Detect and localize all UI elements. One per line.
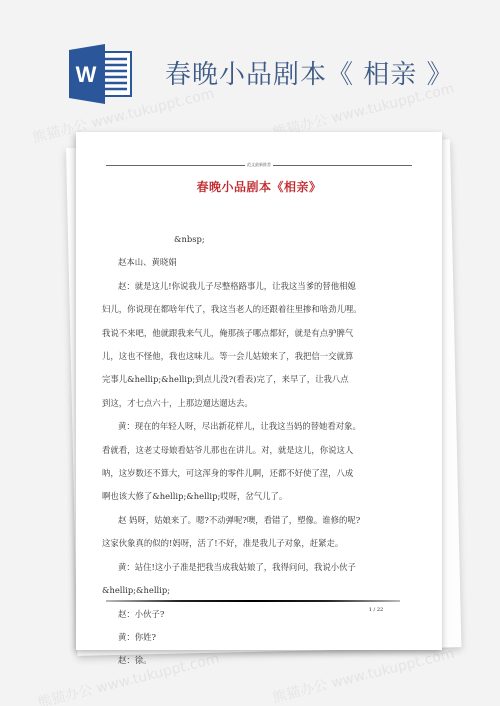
document-line: 这家伙象真的似的!妈呀，活了!不好，准是我儿子对象，赶紧走。: [102, 532, 420, 555]
document-line: &hellip;&hellip;: [102, 579, 420, 602]
header-title: 春晚小品剧本《 相亲 》: [165, 54, 454, 91]
header: W 春晚小品剧本《 相亲 》: [0, 0, 500, 130]
document-line: 赵：就是这儿!你说我儿子尽整格路事儿，让我这当爹的替他相媳: [102, 275, 420, 298]
document-line: 看就看，这老丈母娘看姑爷儿那也在讲儿。对，就是这儿，你说这人: [102, 439, 420, 462]
document-line: 赵：徐。: [102, 649, 420, 672]
document-line: &nbsp;: [102, 228, 420, 251]
document-line: 黄：你姓?: [102, 626, 420, 649]
document-line: 儿，这也不怪他，我也这味儿。等一会儿姑娘来了，我把信一交就算: [102, 345, 420, 368]
top-label: 范文最新推荐: [245, 162, 273, 168]
svg-text:W: W: [76, 62, 97, 87]
document-line: 到这，才七点六十，上那边遛达遛达去。: [102, 392, 420, 415]
document-line: 妇儿，你说现在都啥年代了，我这当老人的还跟着往里掺和啥劲儿哩。: [102, 298, 420, 321]
document-title: 春晚小品剧本《相亲》: [76, 178, 442, 195]
top-rule: 范文最新推荐: [106, 161, 412, 169]
document-body: &nbsp;赵本山、黄晓娟赵：就是这儿!你说我儿子尽整格路事儿，让我这当爹的替他…: [102, 228, 420, 673]
divider: [273, 165, 412, 166]
page-number: 1 / 22: [366, 607, 386, 613]
divider: [106, 165, 245, 166]
bottom-rule: [106, 600, 400, 602]
document-page: 范文最新推荐 春晚小品剧本《相亲》 &nbsp;赵本山、黄晓娟赵：就是这儿!你说…: [76, 132, 442, 650]
document-line: 啊也该大修了&hellip;&hellip;哎呀，岔气儿了。: [102, 485, 420, 508]
document-line: 黄：站住!这小子准是把我当成我姑娘了，我得问问，我说小伙子: [102, 556, 420, 579]
document-line: 我说不来吧，他就跟我来气儿，俺那孩子哪点都好，就是有点驴脾气: [102, 322, 420, 345]
document-line: 赵 妈呀，姑娘来了。嗯?不动弹呢?噢，看错了，塑像。谁修的呢?: [102, 509, 420, 532]
word-icon: W: [69, 44, 133, 104]
document-line: 赵本山、黄晓娟: [102, 251, 420, 274]
document-line: 赵：小伙子?: [102, 603, 420, 626]
document-line: 呐，这岁数还不算大，可这浑身的零件儿啊，还都不好使了涅，八成: [102, 462, 420, 485]
document-line: 黄：现在的年轻人呀，尽出新花样儿，让我这当妈的替她看对象。: [102, 415, 420, 438]
document-line: 完事儿&hellip;&hellip;到点儿没?(看表)完了，来早了，让我八点: [102, 368, 420, 391]
